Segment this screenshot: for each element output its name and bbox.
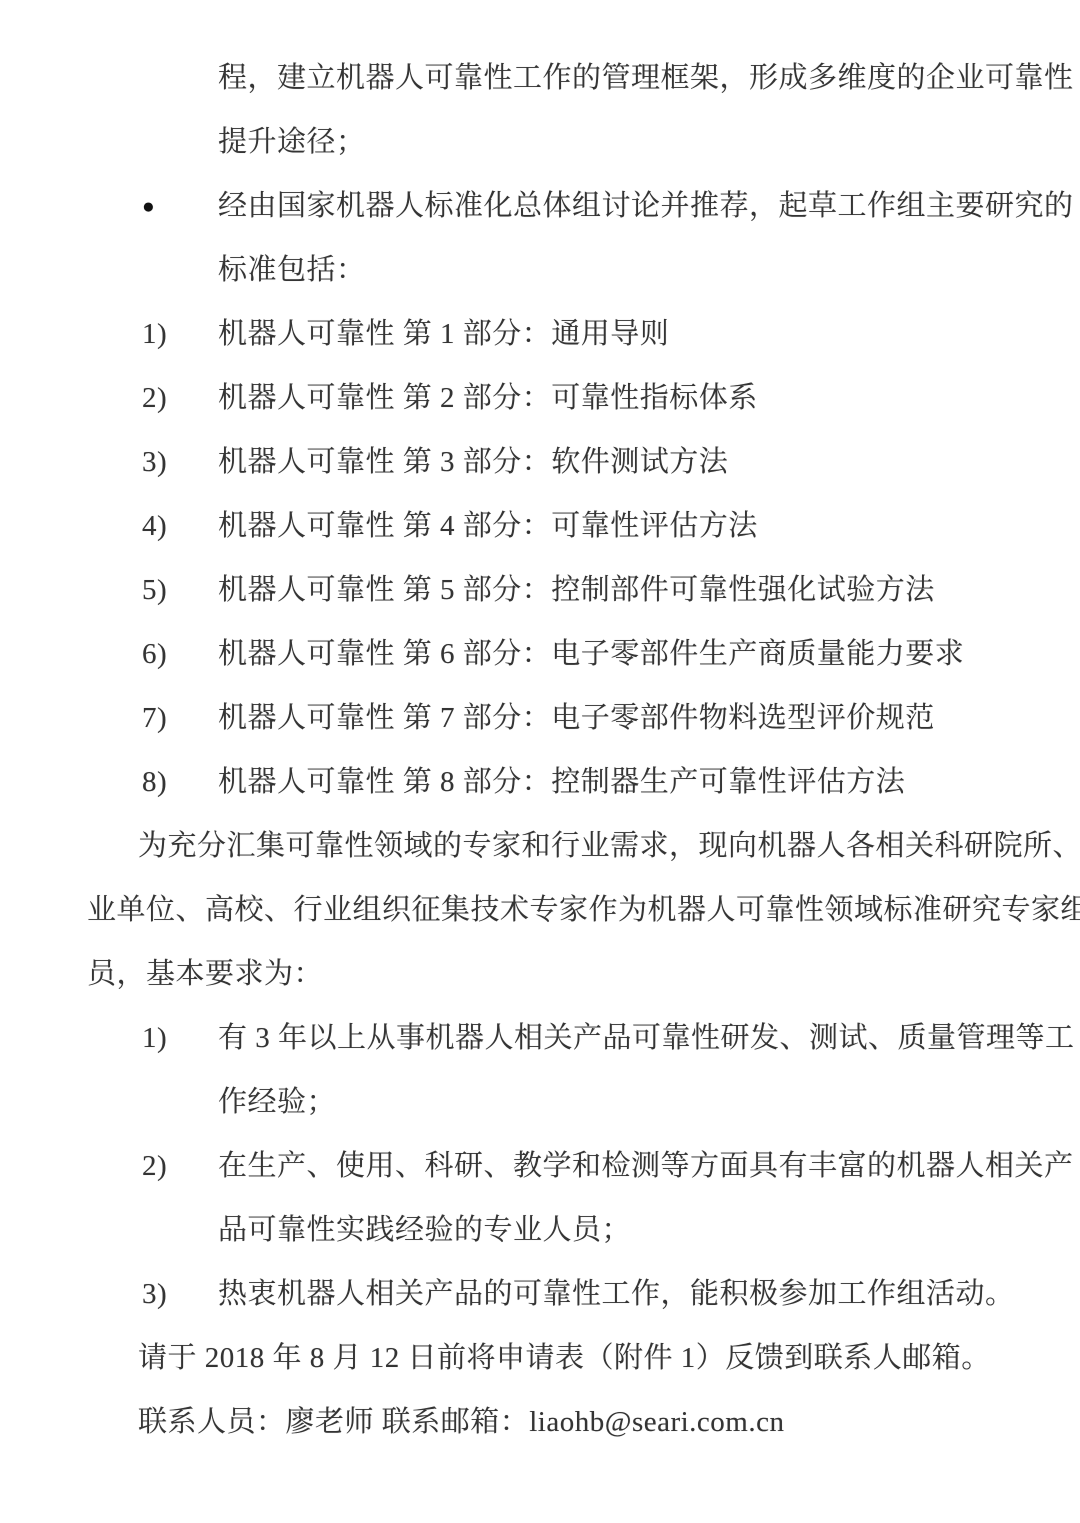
text-line: 程，建立机器人可靠性工作的管理框架，形成多维度的企业可靠性 (218, 46, 949, 110)
text-line: 经由国家机器人标准化总体组讨论并推荐，起草工作组主要研究的 (218, 174, 949, 238)
text-line: 机器人可靠性 第 3 部分：软件测试方法 (218, 430, 949, 494)
text-line: 机器人可靠性 第 2 部分：可靠性指标体系 (218, 366, 949, 430)
item-number: 7) (142, 686, 167, 750)
bullet-block: ●经由国家机器人标准化总体组讨论并推荐，起草工作组主要研究的标准包括： (87, 174, 949, 302)
text-line: 为充分汇集可靠性领域的专家和行业需求，现向机器人各相关科研院所、企 (87, 814, 949, 878)
text-line: 业单位、高校、行业组织征集技术专家作为机器人可靠性领域标准研究专家组成 (87, 878, 949, 942)
item-number: 3) (142, 430, 167, 494)
text-line: 在生产、使用、科研、教学和检测等方面具有丰富的机器人相关产 (218, 1134, 949, 1198)
numbered-block: 3)机器人可靠性 第 3 部分：软件测试方法 (87, 430, 949, 494)
text-line: 作经验； (218, 1070, 949, 1134)
text-line: 请于 2018 年 8 月 12 日前将申请表（附件 1）反馈到联系人邮箱。 (87, 1326, 949, 1390)
item-number: 2) (142, 1134, 167, 1198)
text-line: 机器人可靠性 第 6 部分：电子零部件生产商质量能力要求 (218, 622, 949, 686)
text-line: 机器人可靠性 第 1 部分：通用导则 (218, 302, 949, 366)
numbered-block: 7)机器人可靠性 第 7 部分：电子零部件物料选型评价规范 (87, 686, 949, 750)
bullet-marker-icon: ● (142, 174, 155, 238)
item-number: 5) (142, 558, 167, 622)
numbered-block: 1)机器人可靠性 第 1 部分：通用导则 (87, 302, 949, 366)
paragraph-block: 请于 2018 年 8 月 12 日前将申请表（附件 1）反馈到联系人邮箱。 (87, 1326, 949, 1390)
numbered-block: 5)机器人可靠性 第 5 部分：控制部件可靠性强化试验方法 (87, 558, 949, 622)
text-line: 热衷机器人相关产品的可靠性工作，能积极参加工作组活动。 (218, 1262, 949, 1326)
item-number: 4) (142, 494, 167, 558)
item-number: 1) (142, 1006, 167, 1070)
numbered-block: 3)热衷机器人相关产品的可靠性工作，能积极参加工作组活动。 (87, 1262, 949, 1326)
text-line: 品可靠性实践经验的专业人员； (218, 1198, 949, 1262)
text-line: 机器人可靠性 第 8 部分：控制器生产可靠性评估方法 (218, 750, 949, 814)
numbered-block: 6)机器人可靠性 第 6 部分：电子零部件生产商质量能力要求 (87, 622, 949, 686)
item-number: 8) (142, 750, 167, 814)
numbered-block: 8)机器人可靠性 第 8 部分：控制器生产可靠性评估方法 (87, 750, 949, 814)
item-number: 1) (142, 302, 167, 366)
text-line: 有 3 年以上从事机器人相关产品可靠性研发、测试、质量管理等工 (218, 1006, 949, 1070)
numbered-block: 2)在生产、使用、科研、教学和检测等方面具有丰富的机器人相关产品可靠性实践经验的… (87, 1134, 949, 1262)
text-line: 机器人可靠性 第 4 部分：可靠性评估方法 (218, 494, 949, 558)
text-line: 提升途径； (218, 110, 949, 174)
numbered-block: 4)机器人可靠性 第 4 部分：可靠性评估方法 (87, 494, 949, 558)
text-line: 联系人员：廖老师 联系邮箱：liaohb@seari.com.cn (87, 1390, 949, 1454)
numbered-block: 1)有 3 年以上从事机器人相关产品可靠性研发、测试、质量管理等工作经验； (87, 1006, 949, 1134)
text-line: 员，基本要求为： (87, 942, 949, 1006)
item-number: 6) (142, 622, 167, 686)
document-page: 程，建立机器人可靠性工作的管理框架，形成多维度的企业可靠性提升途径；●经由国家机… (0, 0, 1080, 1523)
item-number: 2) (142, 366, 167, 430)
item-number: 3) (142, 1262, 167, 1326)
document-body: 程，建立机器人可靠性工作的管理框架，形成多维度的企业可靠性提升途径；●经由国家机… (87, 46, 949, 1454)
continuation-block: 程，建立机器人可靠性工作的管理框架，形成多维度的企业可靠性提升途径； (87, 46, 949, 174)
text-line: 标准包括： (218, 238, 949, 302)
numbered-block: 2)机器人可靠性 第 2 部分：可靠性指标体系 (87, 366, 949, 430)
paragraph-block: 联系人员：廖老师 联系邮箱：liaohb@seari.com.cn (87, 1390, 949, 1454)
text-line: 机器人可靠性 第 5 部分：控制部件可靠性强化试验方法 (218, 558, 949, 622)
text-line: 机器人可靠性 第 7 部分：电子零部件物料选型评价规范 (218, 686, 949, 750)
paragraph-block: 为充分汇集可靠性领域的专家和行业需求，现向机器人各相关科研院所、企业单位、高校、… (87, 814, 949, 1006)
